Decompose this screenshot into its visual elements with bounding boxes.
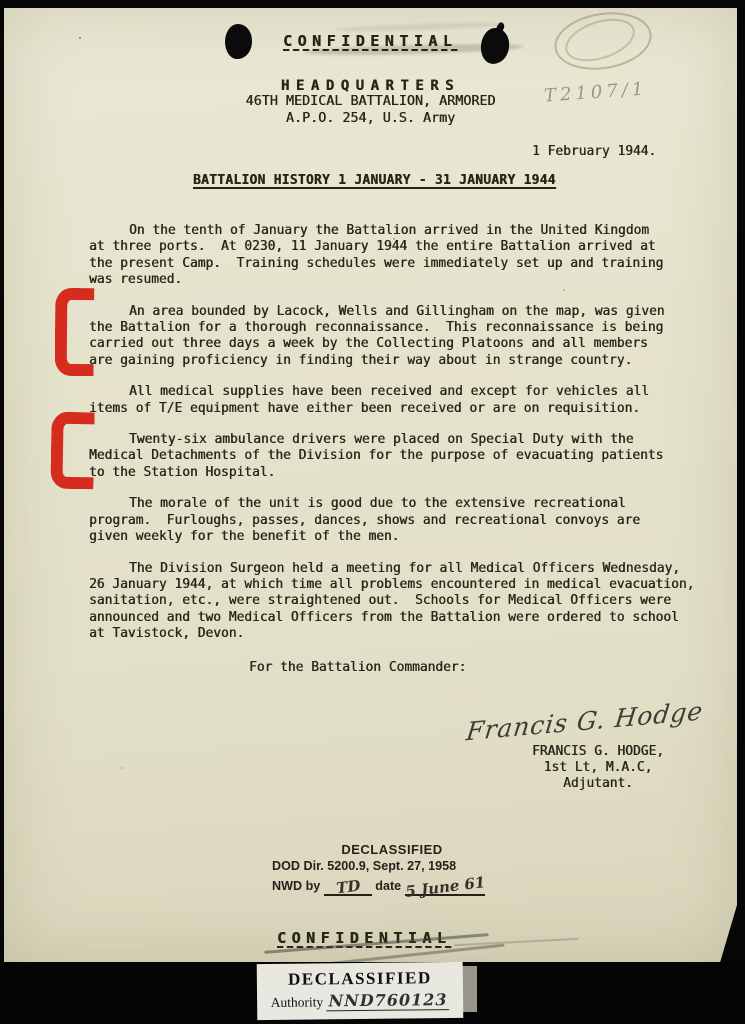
- paragraph-reconnaissance: An area bounded by Lacock, Wells and Gil…: [89, 304, 714, 370]
- paragraph-arrival: On the tenth of January the Battalion ar…: [89, 223, 714, 289]
- paper-sheet: T2107/1 CONFIDENTIAL HEADQUARTERS 46TH M…: [4, 8, 737, 962]
- label-declassified-text: DECLASSIFIED: [257, 968, 463, 990]
- label-authority-handwriting: NND760123: [326, 990, 449, 1011]
- ink-blot-left: [225, 24, 252, 59]
- signer-name: FRANCIS G. HODGE,: [509, 744, 687, 760]
- label-authority-prefix: Authority: [271, 994, 324, 1010]
- scanned-document-page: T2107/1 CONFIDENTIAL HEADQUARTERS 46TH M…: [0, 0, 745, 1024]
- stamp-nwd-line: NWD by TD date 5 June 61: [272, 876, 512, 896]
- stamp-date-label: date: [375, 879, 401, 893]
- stamp-by-handwriting: TD: [335, 877, 361, 898]
- signature-block: FRANCIS G. HODGE, 1st Lt, M.A.C, Adjutan…: [509, 744, 687, 793]
- label-authority-line: Authority NND760123: [257, 990, 463, 1011]
- ink-blot-right: [479, 27, 511, 66]
- declassified-stamp: DECLASSIFIED DOD Dir. 5200.9, Sept. 27, …: [272, 842, 512, 896]
- closing-line: For the Battalion Commander:: [249, 660, 714, 675]
- tape-fragment: [461, 966, 477, 1012]
- pencil-strikethrough: [454, 938, 579, 947]
- classification-confidential-top: CONFIDENTIAL: [283, 32, 457, 50]
- letterhead-headquarters: HEADQUARTERS: [4, 78, 737, 94]
- red-margin-bracket-1: [55, 288, 95, 376]
- letterhead: HEADQUARTERS 46TH MEDICAL BATTALION, ARM…: [4, 78, 737, 127]
- stamp-declassified-text: DECLASSIFIED: [272, 842, 512, 857]
- stamp-date-blank: 5 June 61: [405, 876, 485, 896]
- stamp-date-handwriting: 5 June 61: [404, 873, 486, 901]
- stamp-directive-text: DOD Dir. 5200.9, Sept. 27, 1958: [272, 859, 512, 873]
- letterhead-unit: 46TH MEDICAL BATTALION, ARMORED: [4, 94, 737, 111]
- stamp-nwd-prefix: NWD by: [272, 879, 320, 893]
- handwritten-signature: Francis G. Hodge: [465, 699, 678, 747]
- paragraph-ambulance-drivers: Twenty-six ambulance drivers were placed…: [89, 432, 714, 481]
- stamp-by-blank: TD: [324, 876, 372, 896]
- paragraph-supplies: All medical supplies have been received …: [89, 384, 714, 417]
- letterhead-apo: A.P.O. 254, U.S. Army: [4, 111, 737, 128]
- red-margin-bracket-2: [50, 412, 94, 490]
- document-body: On the tenth of January the Battalion ar…: [89, 223, 714, 675]
- scan-edge-shadow: [719, 878, 745, 966]
- signer-role: Adjutant.: [509, 776, 687, 792]
- paragraph-division-surgeon: The Division Surgeon held a meeting for …: [89, 561, 714, 643]
- signer-rank: 1st Lt, M.A.C,: [509, 760, 687, 776]
- archive-declassified-label: DECLASSIFIED Authority NND760123: [257, 962, 464, 1020]
- document-title: BATTALION HISTORY 1 JANUARY - 31 JANUARY…: [193, 173, 556, 188]
- document-date: 1 February 1944.: [532, 144, 656, 159]
- paragraph-morale: The morale of the unit is good due to th…: [89, 496, 714, 545]
